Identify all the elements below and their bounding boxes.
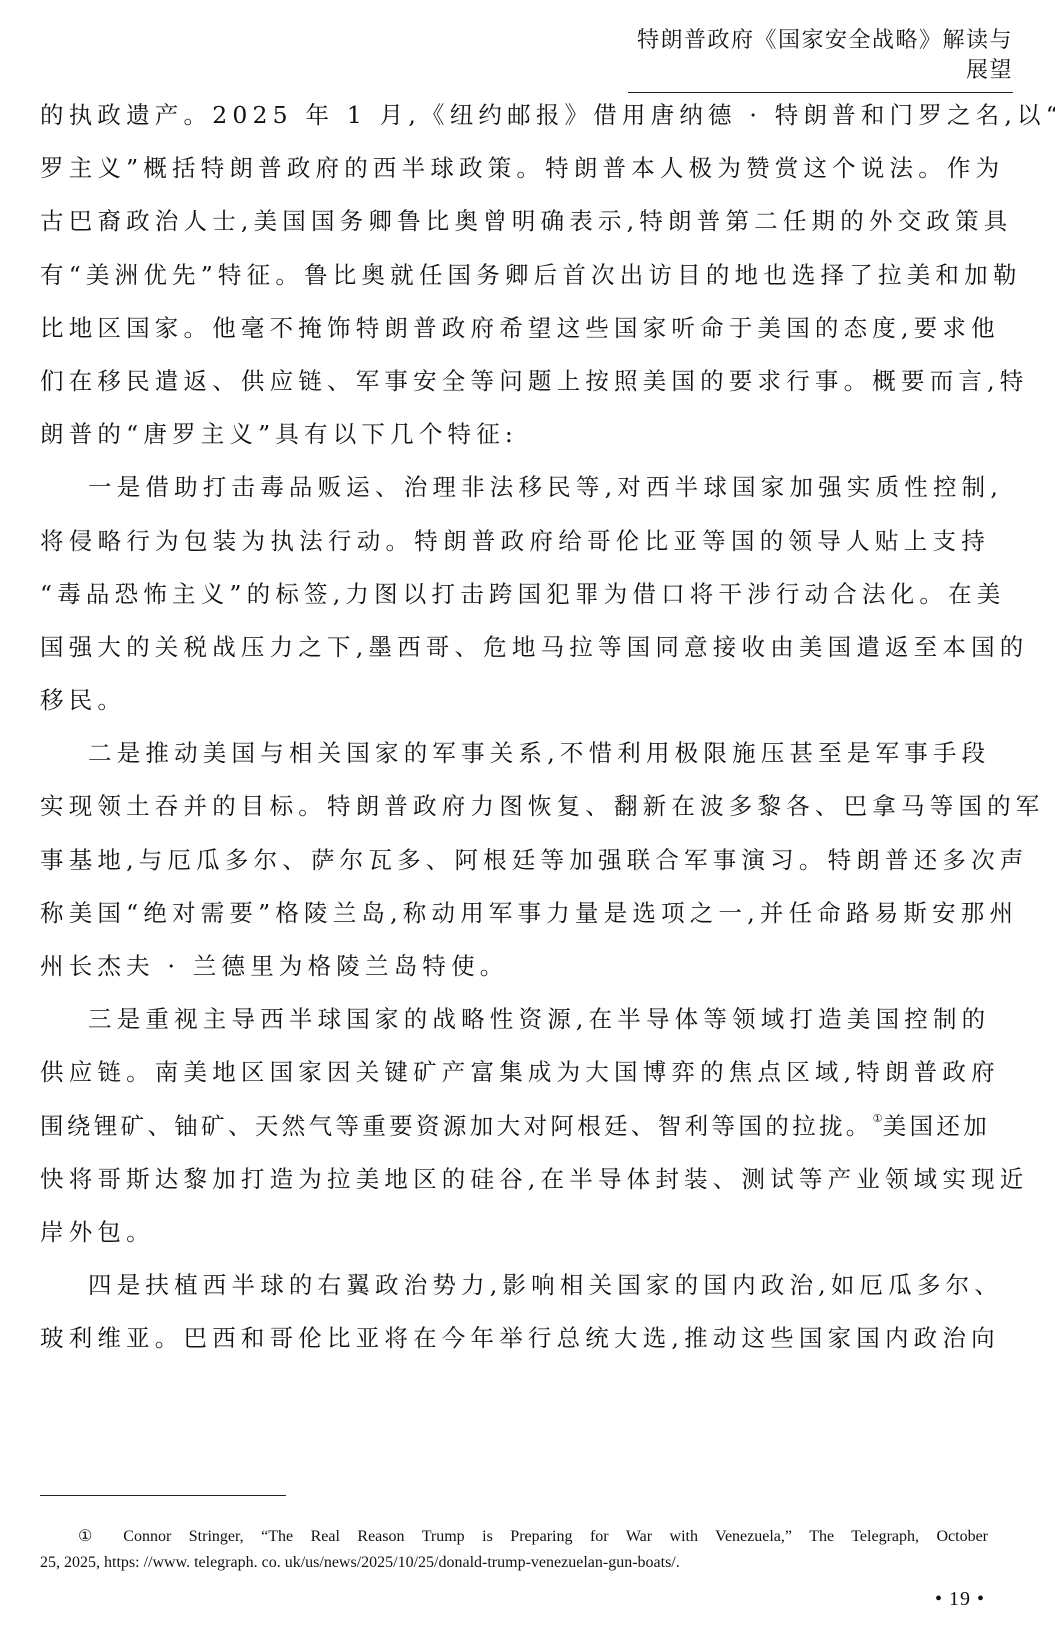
footnote-reference[interactable]: ① <box>873 1112 883 1125</box>
text-line: 称美国“绝对需要”格陵兰岛,称动用军事力量是选项之一,并任命路易斯安那州 <box>40 887 990 940</box>
text-line: 国强大的关税战压力之下,墨西哥、危地马拉等国同意接收由美国遣返至本国的 <box>40 621 990 674</box>
text-line: 罗主义”概括特朗普政府的西半球政策。特朗普本人极为赞赏这个说法。作为 <box>40 142 990 195</box>
footnote: ① Connor Stringer, “The Real Reason Trum… <box>40 1524 988 1576</box>
footnote-line: ① Connor Stringer, “The Real Reason Trum… <box>40 1524 988 1550</box>
body-text: 的执政遗产。2025 年 1 月,《纽约邮报》借用唐纳德 · 特朗普和门罗之名,… <box>40 89 990 1366</box>
running-header: 特朗普政府《国家安全战略》解读与展望 <box>628 26 1013 93</box>
paragraph-start-2: 二是推动美国与相关国家的军事关系,不惜利用极限施压甚至是军事手段 <box>40 727 990 780</box>
text-line-with-footnote: 围绕锂矿、铀矿、天然气等重要资源加大对阿根廷、智利等国的拉拢。①美国还加 <box>40 1100 990 1153</box>
footnote-line: 25, 2025, https: //www. telegraph. co. u… <box>40 1550 988 1576</box>
text-line: 朗普的“唐罗主义”具有以下几个特征: <box>40 408 990 461</box>
paragraph-start-4: 四是扶植西半球的右翼政治势力,影响相关国家的国内政治,如厄瓜多尔、 <box>40 1259 990 1312</box>
text-line: 的执政遗产。2025 年 1 月,《纽约邮报》借用唐纳德 · 特朗普和门罗之名,… <box>40 89 990 142</box>
text-line: 州长杰夫 · 兰德里为格陵兰岛特使。 <box>40 940 990 993</box>
text-line: 比地区国家。他毫不掩饰特朗普政府希望这些国家听命于美国的态度,要求他 <box>40 302 990 355</box>
text-line: 有“美洲优先”特征。鲁比奥就任国务卿后首次出访目的地也选择了拉美和加勒 <box>40 249 990 302</box>
running-title: 特朗普政府《国家安全战略》解读与展望 <box>637 28 1013 83</box>
text-line: “毒品恐怖主义”的标签,力图以打击跨国犯罪为借口将干涉行动合法化。在美 <box>40 568 990 621</box>
text-line: 实现领土吞并的目标。特朗普政府力图恢复、翻新在波多黎各、巴拿马等国的军 <box>40 780 990 833</box>
text-line: 供应链。南美地区国家因关键矿产富集成为大国博弈的焦点区域,特朗普政府 <box>40 1046 990 1099</box>
text-segment: 围绕锂矿、铀矿、天然气等重要资源加大对阿根廷、智利等国的拉拢。 <box>40 1112 873 1140</box>
text-line: 事基地,与厄瓜多尔、萨尔瓦多、阿根廷等加强联合军事演习。特朗普还多次声 <box>40 834 990 887</box>
footnote-divider <box>40 1495 286 1496</box>
text-segment: 美国还加 <box>883 1112 990 1140</box>
text-line: 古巴裔政治人士,美国国务卿鲁比奥曾明确表示,特朗普第二任期的外交政策具 <box>40 195 990 248</box>
page-number: • 19 • <box>935 1588 985 1611</box>
text-line: 玻利维亚。巴西和哥伦比亚将在今年举行总统大选,推动这些国家国内政治向 <box>40 1312 990 1365</box>
paragraph-start-1: 一是借助打击毒品贩运、治理非法移民等,对西半球国家加强实质性控制, <box>40 461 990 514</box>
text-line: 们在移民遣返、供应链、军事安全等问题上按照美国的要求行事。概要而言,特 <box>40 355 990 408</box>
text-line: 岸外包。 <box>40 1206 990 1259</box>
text-line: 将侵略行为包装为执法行动。特朗普政府给哥伦比亚等国的领导人贴上支持 <box>40 515 990 568</box>
text-line: 快将哥斯达黎加打造为拉美地区的硅谷,在半导体封装、测试等产业领域实现近 <box>40 1153 990 1206</box>
text-line: 移民。 <box>40 674 990 727</box>
paragraph-start-3: 三是重视主导西半球国家的战略性资源,在半导体等领域打造美国控制的 <box>40 993 990 1046</box>
